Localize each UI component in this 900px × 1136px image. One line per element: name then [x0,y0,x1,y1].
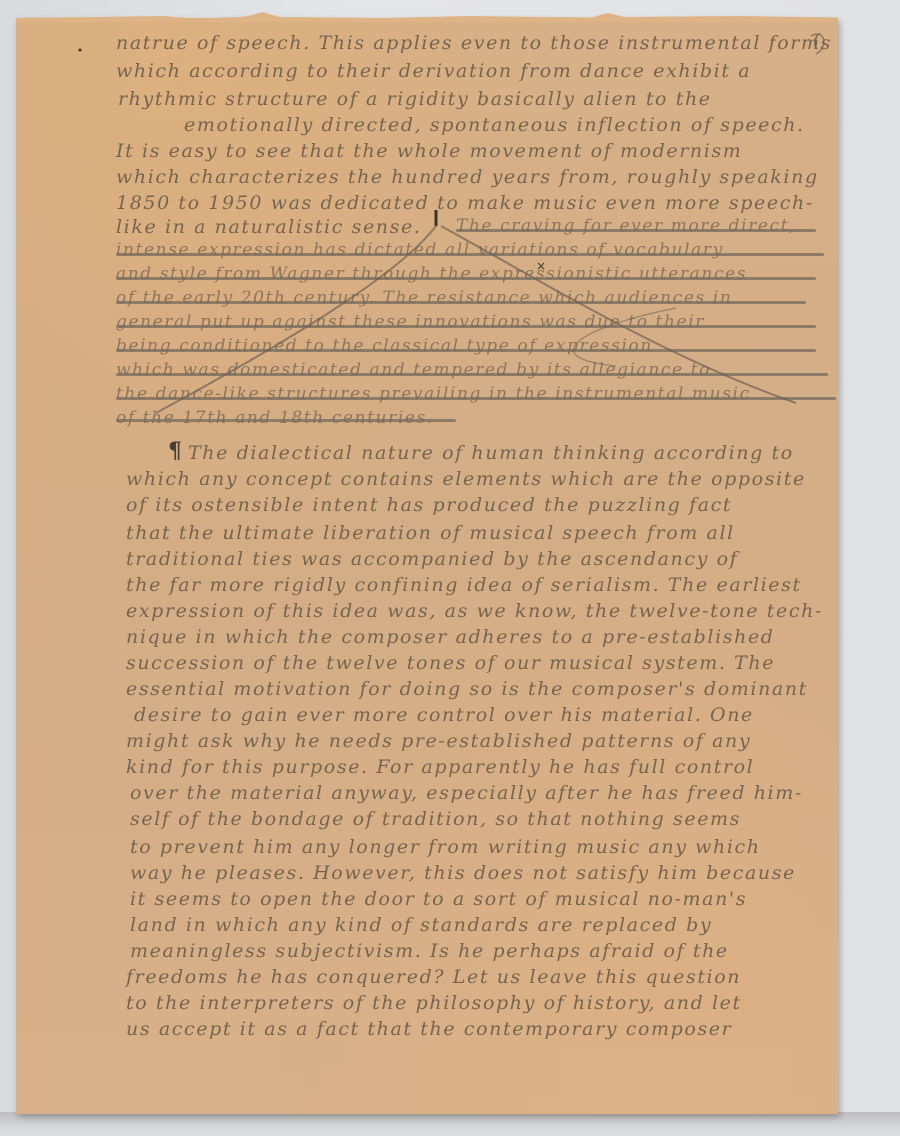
strikethrough-mark [116,419,456,422]
manuscript-line: which according to their derivation from… [116,60,751,82]
manuscript-line: emotionally directed, spontaneous inflec… [184,114,805,136]
manuscript-line: freedoms he has conquered? Let us leave … [126,966,741,988]
manuscript-line: traditional ties was accompanied by the … [126,548,738,570]
strikethrough-mark [116,349,816,352]
corner-mark: ( [813,30,820,51]
struck-line: and style from Wagner through the expres… [116,264,747,284]
scan-background-shadow [0,1112,900,1136]
manuscript-page: natrue of speech. This applies even to t… [16,18,838,1114]
manuscript-line: It is easy to see that the whole movemen… [116,140,742,162]
manuscript-line: might ask why he needs pre-established p… [126,730,751,752]
manuscript-line: over the material anyway, especially aft… [130,782,803,804]
manuscript-line: meaningless subjectivism. Is he perhaps … [130,940,729,962]
manuscript-line: to the interpreters of the philosophy of… [126,992,742,1014]
strikethrough-mark [116,301,806,304]
struck-line: The craving for ever more direct, [456,216,796,236]
manuscript-line: natrue of speech. This applies even to t… [116,32,832,54]
struck-line: being conditioned to the classical type … [116,336,653,356]
manuscript-line: that the ultimate liberation of musical … [126,522,735,544]
struck-line: the dance-like structures prevailing in … [116,384,751,404]
manuscript-line: succession of the twelve tones of our mu… [126,652,775,674]
strikethrough-mark [116,277,816,280]
manuscript-line: which characterizes the hundred years fr… [116,166,819,188]
manuscript-line: way he pleases. However, this does not s… [130,862,796,884]
strikethrough-mark [116,373,828,376]
paragraph-mark-icon: ¶ [168,438,182,464]
manuscript-line: land in which any kind of standards are … [130,914,712,936]
strikethrough-mark [116,325,816,328]
manuscript-line: it seems to open the door to a sort of m… [130,888,747,910]
manuscript-line: which any concept contains elements whic… [126,468,806,490]
strikethrough-mark [456,229,816,232]
manuscript-line: of its ostensible intent has produced th… [126,494,732,516]
manuscript-line: us accept it as a fact that the contempo… [126,1018,732,1040]
manuscript-line: rhythmic structure of a rigidity basical… [118,88,712,110]
struck-line: general put up against these innovations… [116,312,705,332]
manuscript-line: desire to gain ever more control over hi… [134,704,754,726]
struck-line: which was domesticated and tempered by i… [116,360,711,380]
strikethrough-mark [116,253,824,256]
struck-line: of the early 20th century. The resistanc… [116,288,732,308]
manuscript-line: The dialectical nature of human thinking… [188,442,794,464]
manuscript-line: nique in which the composer adheres to a… [126,626,775,648]
manuscript-line: the far more rigidly confining idea of s… [126,574,802,596]
manuscript-line: to prevent him any longer from writing m… [130,836,761,858]
manuscript-line: self of the bondage of tradition, so tha… [130,808,741,830]
manuscript-line: like in a naturalistic sense. [116,216,421,238]
struck-line: of the 17th and 18th centuries. [116,408,434,428]
manuscript-line: 1850 to 1950 was dedicated to make music… [116,192,814,214]
manuscript-line: expression of this idea was, as we know,… [126,600,823,622]
struck-line: intense expression has dictated all vari… [116,240,724,260]
manuscript-line: kind for this purpose. For apparently he… [126,756,754,778]
strikethrough-mark [116,397,836,400]
manuscript-line: essential motivation for doing so is the… [126,678,808,700]
